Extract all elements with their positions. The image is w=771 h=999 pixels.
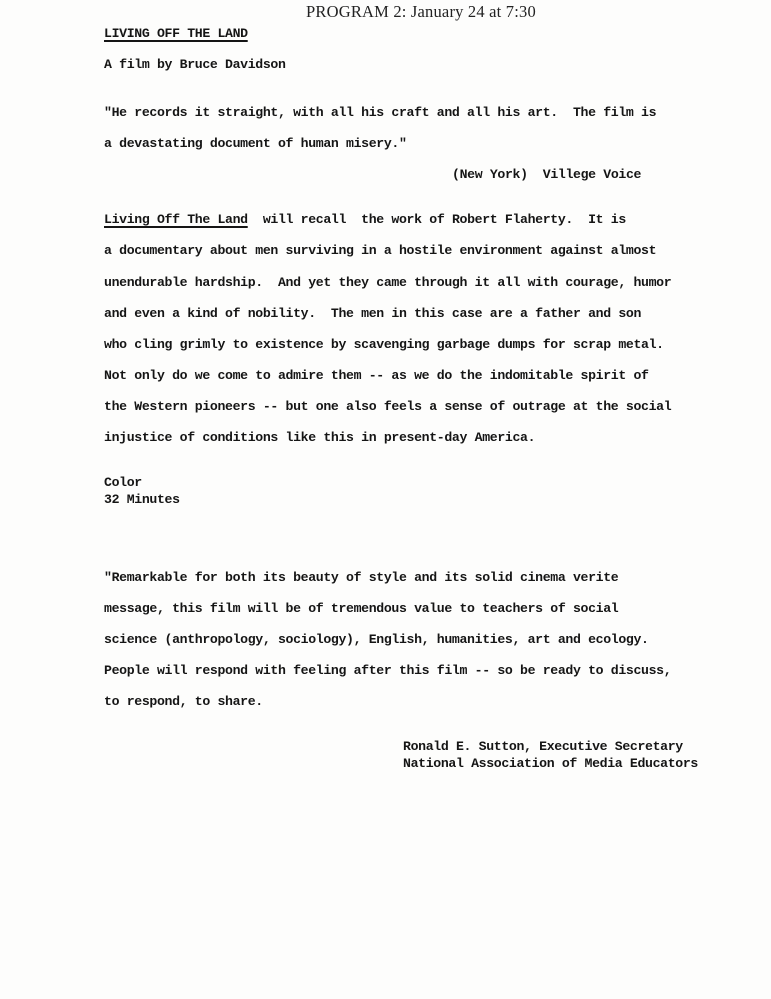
description-first-line: Living Off The Land will recall the work… xyxy=(104,213,626,226)
endorsement-line: message, this film will be of tremendous… xyxy=(104,602,618,615)
description-line: the Western pioneers -- but one also fee… xyxy=(104,400,671,413)
signature-name-title: Ronald E. Sutton, Executive Secretary xyxy=(403,740,683,753)
signature-organization: National Association of Media Educators xyxy=(403,757,698,770)
format-detail: Color xyxy=(104,476,142,489)
film-title: LIVING OFF THE LAND xyxy=(104,27,248,40)
endorsement-line: science (anthropology, sociology), Engli… xyxy=(104,633,649,646)
film-credit: A film by Bruce Davidson xyxy=(104,58,286,71)
description-line: injustice of conditions like this in pre… xyxy=(104,431,535,444)
endorsement-line: to respond, to share. xyxy=(104,695,263,708)
description-line: who cling grimly to existence by scaveng… xyxy=(104,338,664,351)
endorsement-line: People will respond with feeling after t… xyxy=(104,664,671,677)
description-line: Not only do we come to admire them -- as… xyxy=(104,369,649,382)
description-line: a documentary about men surviving in a h… xyxy=(104,244,656,257)
runtime-detail: 32 Minutes xyxy=(104,493,180,506)
description-line: and even a kind of nobility. The men in … xyxy=(104,307,641,320)
program-header: PROGRAM 2: January 24 at 7:30 xyxy=(306,2,536,22)
description-first-line-rest: will recall the work of Robert Flaherty.… xyxy=(248,212,626,227)
review-attribution: (New York) Villege Voice xyxy=(452,168,641,181)
review-quote-line: "He records it straight, with all his cr… xyxy=(104,106,656,119)
review-quote-line: a devastating document of human misery." xyxy=(104,137,407,150)
document-page: PROGRAM 2: January 24 at 7:30 LIVING OFF… xyxy=(0,0,771,999)
description-title-ref: Living Off The Land xyxy=(104,212,248,227)
description-line: unendurable hardship. And yet they came … xyxy=(104,276,671,289)
endorsement-line: "Remarkable for both its beauty of style… xyxy=(104,571,618,584)
